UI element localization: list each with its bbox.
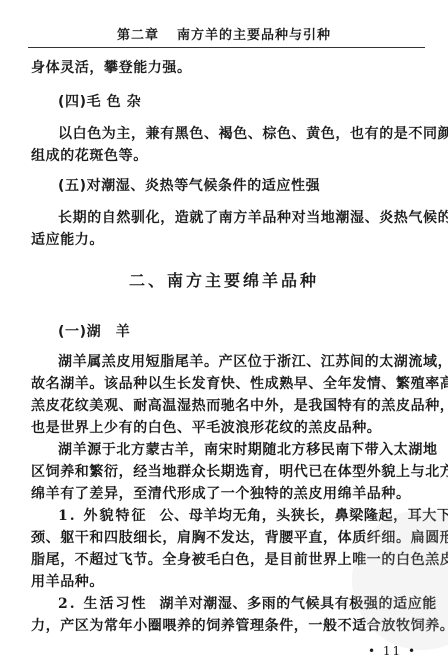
text-line: 以白色为主，兼有黑色、褐色、棕色、黄色，也有的是不同颜色 bbox=[58, 124, 423, 144]
text-line: 身体灵活，攀登能力强。 bbox=[31, 58, 423, 78]
chapter-number: 第二章 bbox=[117, 28, 159, 43]
text-line: 区饲养和繁衍，经当地群众长期选育，明代已在体型外貌上与北方 bbox=[31, 462, 423, 482]
text-line: 长期的自然驯化，造就了南方羊品种对当地潮湿、炎热气候的 bbox=[58, 208, 423, 228]
item-term: 2. 生活习性 bbox=[58, 596, 148, 612]
text-line: 湖羊属羔皮用短脂尾羊。产区位于浙江、江苏间的太湖流域， bbox=[58, 352, 423, 372]
section-title: 二、南方主要绵羊品种 bbox=[0, 268, 448, 291]
running-head: 第二章南方羊的主要品种与引种 bbox=[0, 24, 448, 43]
page-number: • 11 • bbox=[368, 644, 417, 658]
text-line: 组成的花斑色等。 bbox=[31, 146, 423, 166]
subheading-color: (四)毛 色 杂 bbox=[58, 92, 423, 112]
book-page: 第二章南方羊的主要品种与引种 身体灵活，攀登能力强。 (四)毛 色 杂 以白色为… bbox=[0, 0, 448, 669]
text-line: 绵羊有了差异，至清代形成了一个独特的羔皮用绵羊品种。 bbox=[31, 484, 423, 504]
text-line: 适应能力。 bbox=[31, 230, 423, 250]
header-rule bbox=[28, 47, 425, 48]
chapter-title: 南方羊的主要品种与引种 bbox=[177, 28, 331, 43]
text-line: 故名湖羊。该品种以生长发育快、性成熟早、全年发情、繁殖率高、 bbox=[31, 374, 423, 394]
text-line: 羔皮花纹美观、耐高温湿热而驰名中外，是我国特有的羔皮品种， bbox=[31, 396, 423, 416]
text-line: 也是世界上少有的白色、平毛波浪形花纹的羔皮品种。 bbox=[31, 418, 423, 438]
text-line: 湖羊源于北方蒙古羊，南宋时期随北方移民南下带入太湖地 bbox=[58, 440, 423, 460]
item-appearance: 1. 外貌特征公、母羊均无角，头狭长，鼻梁隆起，耳大下垂， bbox=[58, 506, 423, 526]
subsection-heading: (一)湖 羊 bbox=[58, 322, 423, 342]
item-term: 1. 外貌特征 bbox=[58, 508, 148, 524]
subheading-adaptability: (五)对潮湿、炎热等气候条件的适应性强 bbox=[58, 176, 423, 196]
